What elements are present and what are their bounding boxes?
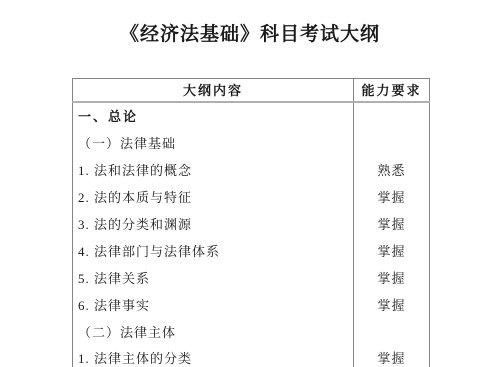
outline-content-cell: 6. 法律事实	[73, 291, 354, 318]
requirement-cell: 熟悉	[354, 156, 430, 183]
table-row: 一、总论	[73, 102, 430, 129]
table-row: 2. 法的本质与特征 掌握	[73, 183, 430, 210]
outline-content-cell: 1. 法和法律的概念	[73, 156, 354, 183]
requirement-cell: 掌握	[354, 264, 430, 291]
requirement-cell: 掌握	[354, 345, 430, 367]
table-header: 大纲内容 能力要求	[73, 79, 430, 102]
table-row: 4. 法律部门与法律体系 掌握	[73, 237, 430, 264]
table-row: 3. 法的分类和渊源 掌握	[73, 210, 430, 237]
table-row: 6. 法律事实 掌握	[73, 291, 430, 318]
table-row: （一）法律基础	[73, 129, 430, 156]
document-page: { "title": "《经济法基础》科目考试大纲", "table": { "…	[0, 0, 500, 367]
requirement-cell	[354, 129, 430, 156]
outline-content-cell: 5. 法律关系	[73, 264, 354, 291]
requirement-cell: 掌握	[354, 237, 430, 264]
table-row: 1. 法律主体的分类 掌握	[73, 345, 430, 367]
requirement-cell: 掌握	[354, 291, 430, 318]
requirement-cell	[354, 102, 430, 129]
table-row: （二）法律主体	[73, 318, 430, 345]
outline-content-cell: （一）法律基础	[73, 129, 354, 156]
outline-content-cell: （二）法律主体	[73, 318, 354, 345]
outline-content-cell: 3. 法的分类和渊源	[73, 210, 354, 237]
requirement-cell	[354, 318, 430, 345]
header-outline-content: 大纲内容	[73, 79, 354, 102]
table-row: 5. 法律关系 掌握	[73, 264, 430, 291]
requirement-cell: 掌握	[354, 210, 430, 237]
outline-content-cell: 1. 法律主体的分类	[73, 345, 354, 367]
outline-content-cell: 2. 法的本质与特征	[73, 183, 354, 210]
requirement-cell: 掌握	[354, 183, 430, 210]
outline-content-cell: 4. 法律部门与法律体系	[73, 237, 354, 264]
table-row: 1. 法和法律的概念 熟悉	[73, 156, 430, 183]
table-body: 一、总论 （一）法律基础 1. 法和法律的概念 熟悉 2. 法的本质与特征 掌握…	[73, 102, 430, 367]
table-header-row: 大纲内容 能力要求	[73, 79, 430, 102]
header-ability-requirement: 能力要求	[354, 79, 430, 102]
outline-content-cell: 一、总论	[73, 102, 354, 129]
page-title: 《经济法基础》科目考试大纲	[0, 19, 500, 46]
exam-outline-table: 大纲内容 能力要求 一、总论 （一）法律基础 1. 法和法律的概念 熟悉 2. …	[72, 78, 430, 367]
